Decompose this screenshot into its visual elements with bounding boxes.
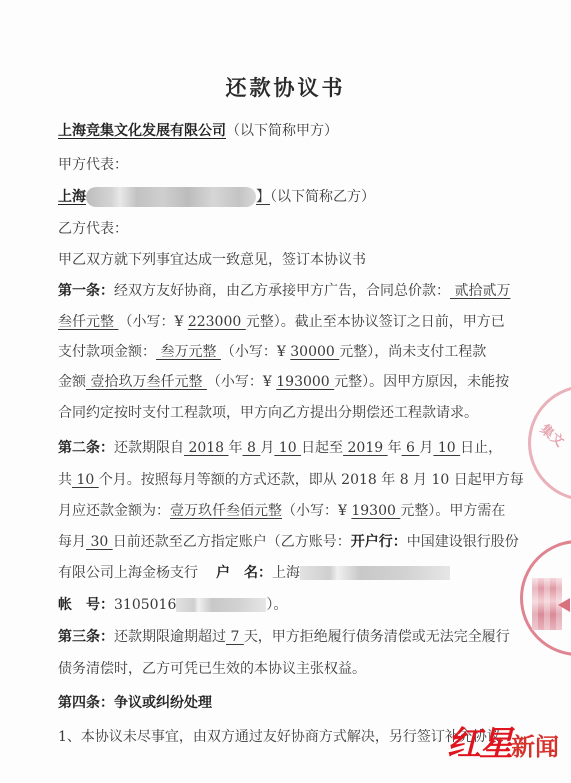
article2-line3: 月应还款金额为：壹万玖仟叁佰元整（小写：¥ 19300 元整）。甲方需在 [58, 502, 505, 520]
holder-name: 上海 [272, 565, 300, 581]
text: 支付款项金额： [58, 344, 156, 360]
article3-label: 第三条： [58, 629, 114, 645]
end-year: 2019 [343, 440, 388, 456]
text: 元整），尚未支付工程款 [339, 344, 486, 360]
text: （小写：¥ [207, 374, 276, 390]
article1-label: 第一条： [58, 283, 114, 299]
article3-line2: 债务清偿时，乙方可凭已生效的本协议主张权益。 [58, 660, 366, 678]
party-a-rep: 甲方代表： [58, 156, 128, 174]
party-a-line: 上海竞集文化发展有限公司（以下简称甲方） [58, 122, 338, 140]
monthly-amount-num: 19300 [351, 503, 400, 519]
seal-star-icon [558, 598, 570, 612]
text: 日前还款至乙方指定账户（乙方账号： [113, 534, 351, 550]
text: 年 [388, 440, 402, 456]
end-month: 6 [402, 440, 420, 456]
text: 还款期限逾期超过 [114, 629, 226, 645]
article1-line3: 支付款项金额： 叁万元整 （小写：¥ 30000 元整），尚未支付工程款 [58, 343, 486, 361]
text: （小写：¥ [221, 344, 290, 360]
overdue-days: 7 [226, 629, 244, 645]
unpaid-amount-cn: 壹拾玖万叁仟元整 [86, 374, 207, 390]
watermark-news: 新闻 [511, 733, 559, 761]
text: （小写：¥ [282, 503, 351, 519]
article3-line1: 第三条：还款期限逾期超过 7 天，甲方拒绝履行债务清偿或无法完全履行 [58, 628, 510, 646]
text: ）。 [266, 597, 287, 613]
text: 共 [58, 472, 72, 488]
text: 日起至 [301, 440, 343, 456]
article1-text: 经双方友好协商，由乙方承接甲方广告，合同总价款： [114, 283, 450, 299]
redacted-holder-name [300, 566, 450, 580]
redacted-account-number [176, 598, 266, 612]
watermark-script: 红星 [447, 724, 511, 764]
article2-line5: 有限公司上海金杨支行户 名：上海 [58, 564, 450, 582]
watermark-logo: 红星新闻 [447, 716, 559, 765]
text: 还款期限自 [114, 440, 184, 456]
party-b-rep: 乙方代表： [58, 220, 128, 238]
total-price-cn: 贰拾贰万 [450, 283, 510, 299]
text: （小写：¥ [118, 314, 187, 330]
redacted-party-b-name [86, 187, 256, 207]
end-day: 10 [433, 440, 460, 456]
text: 天，甲方拒绝履行债务清偿或无法完全履行 [244, 629, 510, 645]
text: 月 [260, 440, 274, 456]
text: 日止， [460, 440, 502, 456]
article1-line4: 金额 壹拾玖万叁仟元整 （小写：¥ 193000 元整）。因甲方原因，未能按 [58, 373, 509, 391]
start-day: 10 [274, 440, 301, 456]
article1-line2: 叁仟元整 （小写：¥ 223000 元整）。截止至本协议签订之日前，甲方已 [58, 313, 505, 331]
text: 年 [229, 440, 243, 456]
bank-branch: 有限公司上海金杨支行 [58, 565, 198, 581]
unpaid-amount-num: 193000 [276, 374, 334, 390]
article2-line2: 共 10 个月。按照每月等额的方式还款，即从 2018 年 8 月 10 日起甲… [58, 471, 524, 489]
article2-line6: 帐 号：3105016）。 [58, 596, 287, 614]
article2-line1: 第二条：还款期限自 2018 年 8 月 10 日起至 2019 年 6 月 1… [58, 439, 502, 457]
account-label: 帐 号： [58, 597, 114, 613]
text: 月 [419, 440, 433, 456]
holder-label: 户 名： [216, 565, 272, 581]
text: 金额 [58, 374, 86, 390]
paid-amount-cn: 叁万元整 [156, 344, 221, 360]
total-price-cn-cont: 叁仟元整 [58, 314, 118, 330]
article1-line1: 第一条：经双方友好协商，由乙方承接甲方广告，合同总价款： 贰拾贰万 [58, 282, 510, 300]
party-a-alias: （以下简称甲方） [226, 123, 338, 139]
article1-line5: 合同约定按时支付工程款项，甲方向乙方提出分期偿还工程款请求。 [58, 404, 478, 422]
article2-line4: 每月 30 日前还款至乙方指定账户（乙方账号：开户行：中国建设银行股份 [58, 533, 519, 551]
text: 元整）。甲方需在 [400, 503, 505, 519]
start-year: 2018 [184, 440, 229, 456]
text: 月应还款金额为： [58, 503, 170, 519]
account-number: 3105016 [114, 597, 176, 613]
text: 个月。按照每月等额的方式还款，即从 2018 年 8 月 10 日起甲方每 [99, 472, 524, 488]
term-months: 10 [72, 472, 99, 488]
monthly-amount-cn: 壹万玖仟叁佰元整 [170, 503, 282, 519]
party-b-name: 上海 [58, 189, 86, 205]
text: 元整）。截止至本协议签订之日前，甲方已 [246, 314, 505, 330]
party-b-name-end: 】 [256, 189, 270, 205]
due-day: 30 [86, 534, 113, 550]
bank-name: 中国建设银行股份 [407, 534, 519, 550]
article2-label: 第二条： [58, 440, 114, 456]
text: 元整）。因甲方原因，未能按 [334, 374, 509, 390]
text: 每月 [58, 534, 86, 550]
total-price-num: 223000 [188, 314, 246, 330]
start-month: 8 [243, 440, 261, 456]
party-b-alias: （以下简称乙方） [270, 189, 375, 205]
paid-amount-num: 30000 [290, 344, 339, 360]
bank-label: 开户行： [351, 534, 407, 550]
document-title: 还款协议书 [0, 72, 571, 102]
party-a-name: 上海竞集文化发展有限公司 [58, 123, 226, 139]
party-b-line: 上海】（以下简称乙方） [58, 187, 375, 207]
document-page: 还款协议书 上海竞集文化发展有限公司（以下简称甲方） 甲方代表： 上海】（以下简… [0, 0, 571, 783]
article4-item1: 1、本协议未尽事宜，由双方通过友好协商方式解决，另行签订补充协议 [58, 728, 501, 746]
preamble: 甲乙双方就下列事宜达成一致意见，签订本协议书 [58, 251, 366, 269]
article4-label: 第四条：争议或纠纷处理 [58, 694, 212, 712]
